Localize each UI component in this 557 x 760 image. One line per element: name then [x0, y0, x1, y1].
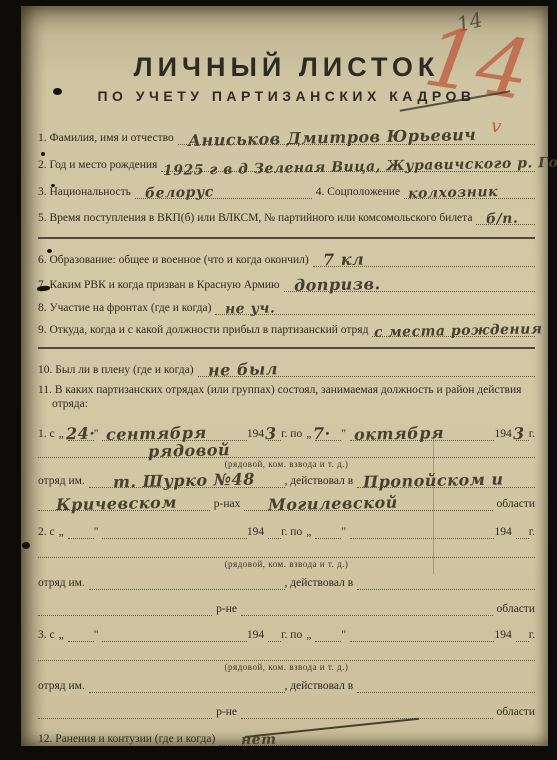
acted-label: , действовал в: [285, 475, 358, 488]
field-social-label: 4. Соцположение: [312, 186, 404, 199]
service-block-3-position: (рядовой, ком. взвода и т. д.): [38, 648, 535, 673]
quote-mark: ": [94, 629, 103, 642]
quote-mark: „: [306, 629, 315, 642]
service-block-3-region: р-не области: [38, 703, 535, 719]
region-label: области: [493, 603, 535, 616]
field-social-value: колхозник: [408, 184, 498, 202]
year-prefix: 194: [247, 428, 268, 441]
field-wounds-blank: нет: [219, 731, 535, 746]
field-wounds-label: 12. Ранения и контузии (где и когда): [38, 733, 219, 746]
field-captivity-blank: не был: [198, 362, 535, 377]
pen-flourish-stroke: [245, 717, 419, 737]
position-blank: [38, 648, 535, 661]
field-education-blank: 7 кл: [313, 252, 535, 267]
field-wounds: 12. Ранения и контузии (где и когда) нет: [38, 730, 535, 746]
from-year-blank: [268, 627, 281, 642]
to-day-value: 7·: [313, 424, 331, 443]
to-month-blank: [350, 627, 494, 642]
field-surname: 1. Фамилия, имя и отчество Аниськов Дмит…: [38, 129, 535, 145]
field-nationality-label: 3. Национальность: [38, 186, 135, 199]
paper-sheet: 14 14 v ЛИЧНЫЙ ЛИСТОК ПО УЧЕТУ ПАРТИЗАНС…: [21, 6, 548, 746]
year-prefix: 194: [247, 526, 268, 539]
field-surname-label: 1. Фамилия, имя и отчество: [38, 132, 178, 145]
to-year-blank: 3: [516, 426, 529, 441]
field-birth-value: 1925 г в д Зеленая Вица, Журавичского р.…: [163, 153, 557, 179]
year-prefix: 194: [494, 629, 515, 642]
quote-mark: ": [341, 428, 350, 441]
acted-area-value: Пропойском и: [363, 470, 504, 492]
service-block-1-dates: 1. с „ 24· " сентября 194 3 г. по „ 7· "…: [38, 421, 535, 441]
from-month-blank: сентября: [102, 426, 246, 441]
field-rvk-blank: допризв.: [284, 277, 535, 292]
quote-mark: ": [341, 526, 350, 539]
field-fronts: 8. Участие на фронтах (где и когда) не у…: [38, 299, 535, 315]
field-fronts-blank: не уч.: [215, 300, 535, 315]
field-arrival-blank: с места рождения: [372, 322, 535, 337]
to-year-blank: [516, 627, 529, 642]
acted-label: , действовал в: [285, 680, 358, 693]
to-month-blank: [350, 524, 494, 539]
position-caption: (рядовой, ком. взвода и т. д.): [38, 559, 535, 570]
district-label: р-не: [212, 603, 241, 616]
field-arrival-label: 9. Откуда, когда и с какой должности при…: [38, 324, 372, 337]
from-year-blank: 3: [268, 426, 281, 441]
region-blank: Могилевской: [244, 496, 492, 511]
from-month-value: сентября: [106, 423, 207, 444]
field-birth: 2. Год и место рождения 1925 г в д Зелен…: [38, 156, 535, 172]
quote-mark: ": [94, 428, 103, 441]
field-birth-blank: 1925 г в д Зеленая Вица, Журавичского р.…: [161, 157, 535, 172]
field-captivity-label: 10. Был ли в плену (где и когда): [38, 364, 198, 377]
field-surname-value: Аниськов Дмитров Юрьевич: [188, 125, 477, 150]
from-day-value: 24·: [66, 424, 96, 444]
service-block-2-position: (рядовой, ком. взвода и т. д.): [38, 545, 535, 570]
service-block-1-position: рядовой (рядовой, ком. взвода и т. д.): [38, 445, 535, 470]
year-suffix: г.: [529, 629, 535, 642]
field-rvk-label: 7. Каким РВК и когда призван в Красную А…: [38, 279, 284, 292]
field-party-label: 5. Время поступления в ВКП(б) или ВЛКСМ,…: [38, 212, 476, 225]
region-label: области: [493, 706, 535, 719]
field-education-label: 6. Образование: общее и военное (что и к…: [38, 254, 313, 267]
year-prefix: 194: [494, 428, 515, 441]
scanned-document-page: { "corner": { "pencil_number": "14", "re…: [0, 0, 557, 760]
district-label: р-нах: [210, 498, 245, 511]
from-month-blank: [102, 627, 246, 642]
position-blank: [38, 545, 535, 558]
quote-mark: „: [306, 526, 315, 539]
period-mid-label: г. по: [281, 428, 306, 441]
acted-label: , действовал в: [285, 577, 358, 590]
field-education-value: 7 кл: [323, 250, 365, 270]
region-blank: [241, 704, 493, 719]
quote-mark: „: [59, 526, 68, 539]
position-caption: (рядовой, ком. взвода и т. д.): [38, 662, 535, 673]
field-rvk: 7. Каким РВК и когда призван в Красную А…: [38, 276, 535, 292]
quote-mark: ": [341, 629, 350, 642]
unit-name-blank: [89, 678, 285, 693]
field-birth-label: 2. Год и место рождения: [38, 159, 161, 172]
field-nationality-blank: белорус: [135, 184, 312, 199]
field-rvk-value: допризв.: [293, 274, 380, 295]
position-caption: (рядовой, ком. взвода и т. д.): [38, 459, 535, 470]
acted-area-blank: [357, 575, 535, 590]
service-block-3-unit: отряд им. , действовал в: [38, 677, 535, 693]
field-fronts-value: не уч.: [225, 300, 276, 317]
year-prefix: 194: [494, 526, 515, 539]
acted-area-blank: [357, 678, 535, 693]
field-units-label-line2: отряда:: [38, 398, 535, 412]
position-blank: рядовой: [38, 445, 535, 458]
district-label: р-не: [212, 706, 241, 719]
unit-name-blank: [89, 575, 285, 590]
unit-name-value: т. Шурко №48: [113, 470, 255, 492]
field-party-blank: б/п.: [476, 210, 535, 225]
field-fronts-label: 8. Участие на фронтах (где и когда): [38, 302, 215, 315]
quote-mark: „: [306, 428, 315, 441]
document-subtitle: ПО УЧЕТУ ПАРТИЗАНСКИХ КАДРОВ: [38, 88, 535, 104]
field-units-label-line1: 11. В каких партизанских отрядах (или гр…: [38, 384, 535, 398]
period-index: 1. с: [38, 428, 59, 441]
field-surname-blank: Аниськов Дмитров Юрьевич: [178, 130, 535, 145]
field-captivity-value: не был: [207, 359, 277, 379]
year-suffix: г.: [529, 526, 535, 539]
from-year-blank: [268, 524, 281, 539]
service-block-1-unit: отряд им. т. Шурко №48 , действовал в Пр…: [38, 472, 535, 488]
year-suffix: г.: [529, 428, 535, 441]
from-month-blank: [102, 524, 246, 539]
quote-mark: ": [94, 526, 103, 539]
period-mid-label: г. по: [281, 629, 306, 642]
unit-label: отряд им.: [38, 680, 89, 693]
district-value: Кричевском: [56, 493, 177, 515]
region-label: области: [493, 498, 535, 511]
quote-mark: „: [59, 428, 68, 441]
field-nationality-value: белорус: [145, 184, 214, 201]
to-day-blank: 7·: [315, 426, 341, 441]
field-party-value: б/п.: [486, 211, 519, 228]
period-mid-label: г. по: [281, 526, 306, 539]
section-divider: [38, 347, 535, 349]
district-blank: Кричевском: [38, 496, 210, 511]
section-divider: [38, 237, 535, 239]
field-education: 6. Образование: общее и военное (что и к…: [38, 251, 535, 267]
to-month-blank: октября: [350, 426, 494, 441]
unit-label: отряд им.: [38, 475, 89, 488]
acted-area-blank: Пропойском и: [357, 473, 535, 488]
to-day-blank: [315, 627, 341, 642]
region-value: Могилевской: [268, 493, 398, 515]
period-index: 3. с: [38, 629, 59, 642]
to-year-blank: [516, 524, 529, 539]
to-day-blank: [315, 524, 341, 539]
service-block-2-unit: отряд им. , действовал в: [38, 574, 535, 590]
field-nationality-social: 3. Национальность белорус 4. Соцположени…: [38, 183, 535, 199]
field-captivity: 10. Был ли в плену (где и когда) не был: [38, 361, 535, 377]
quote-mark: „: [59, 629, 68, 642]
from-day-blank: [68, 627, 94, 642]
unit-label: отряд им.: [38, 577, 89, 590]
field-party: 5. Время поступления в ВКП(б) или ВЛКСМ,…: [38, 209, 535, 225]
service-block-3-dates: 3. с „ " 194 г. по „ " 194 г.: [38, 626, 535, 642]
from-day-blank: 24·: [68, 426, 94, 441]
district-blank: [38, 601, 212, 616]
to-month-value: октября: [354, 423, 445, 444]
document-title: ЛИЧНЫЙ ЛИСТОК: [38, 52, 535, 83]
period-index: 2. с: [38, 526, 59, 539]
from-day-blank: [68, 524, 94, 539]
region-blank: [241, 601, 493, 616]
service-block-2-region: р-не области: [38, 600, 535, 616]
unit-name-blank: т. Шурко №48: [89, 473, 285, 488]
service-block-1-region: Кричевском р-нах Могилевской области: [38, 495, 535, 511]
district-blank: [38, 704, 212, 719]
field-arrival: 9. Откуда, когда и с какой должности при…: [38, 321, 535, 337]
position-value: рядовой: [148, 440, 230, 461]
service-block-2-dates: 2. с „ " 194 г. по „ " 194 г.: [38, 523, 535, 539]
year-prefix: 194: [247, 629, 268, 642]
binding-hole: [22, 542, 30, 549]
field-social-blank: колхозник: [404, 184, 535, 199]
field-arrival-value: с места рождения: [374, 321, 543, 341]
